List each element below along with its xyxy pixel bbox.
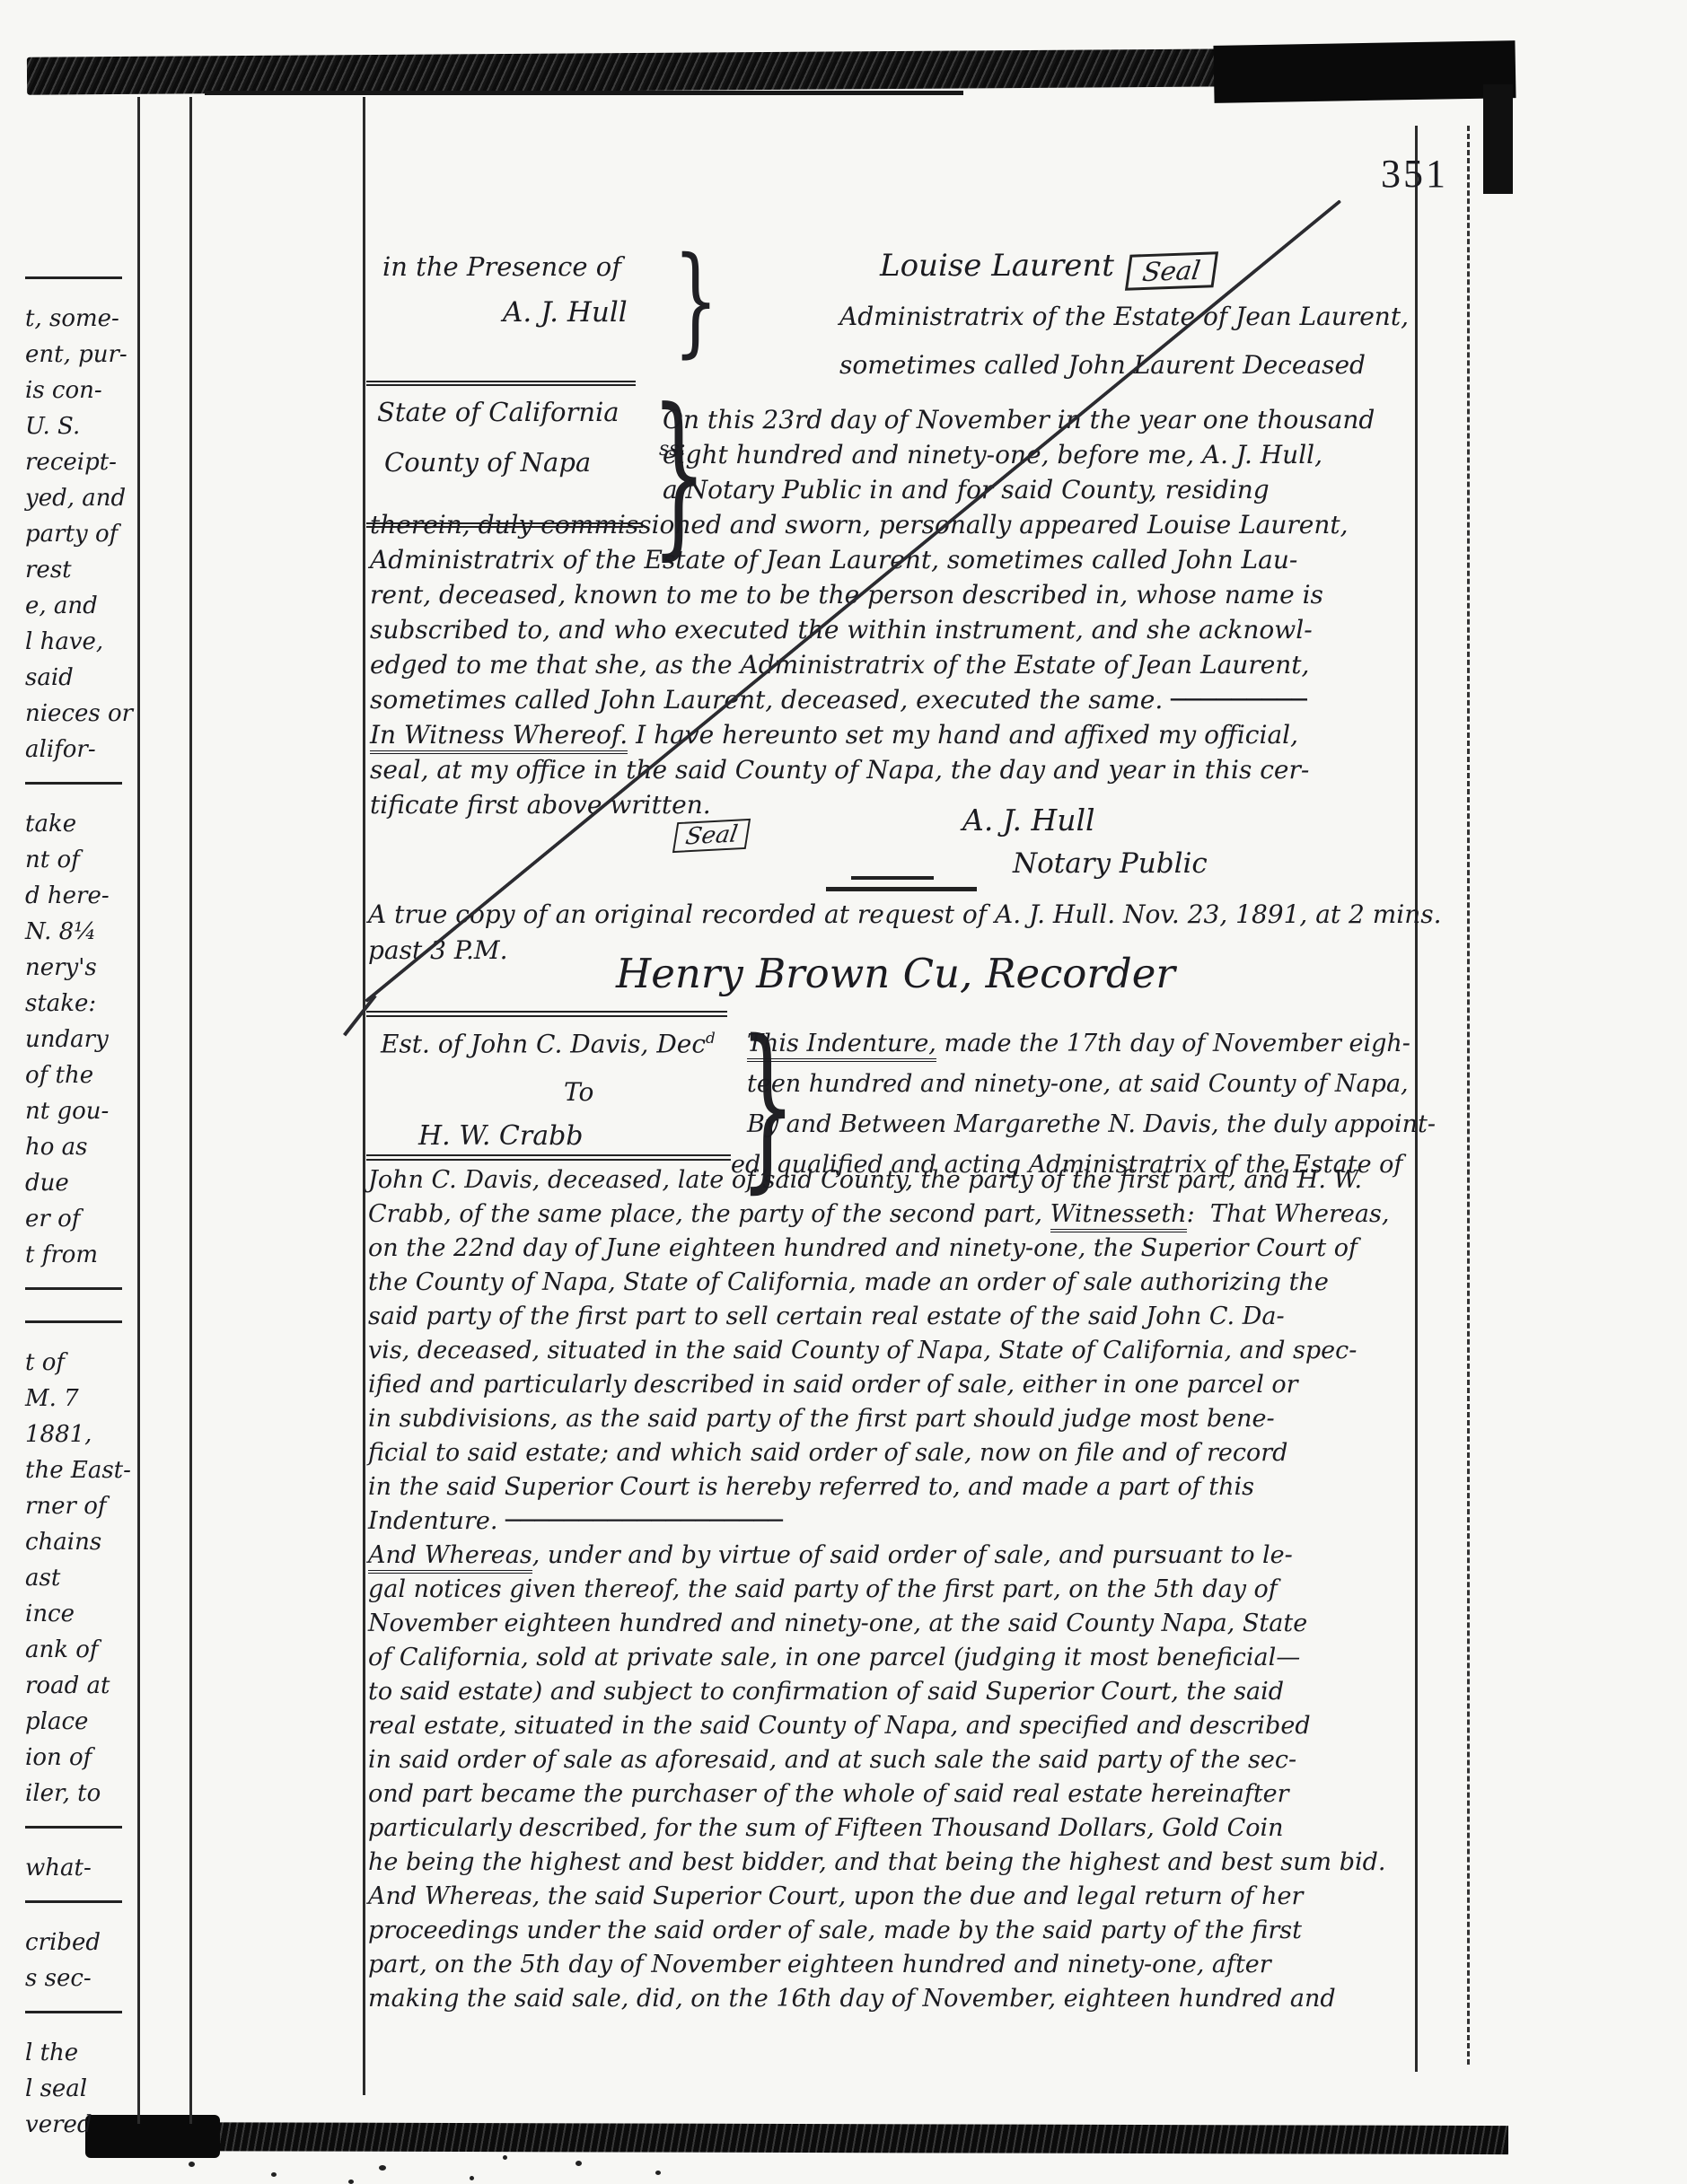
margin-note: ion of: [25, 1740, 144, 1776]
margin-note: s sec-: [25, 1960, 144, 1996]
scan-speck: [655, 2171, 661, 2175]
scan-speck: [470, 2176, 474, 2180]
manuscript-line: in said order of sale as aforesaid, and …: [368, 1743, 1411, 1777]
margin-note: er of: [25, 1201, 144, 1237]
margin-note: yed, and: [25, 480, 144, 516]
manuscript-line: real estate, situated in the said County…: [368, 1709, 1411, 1743]
margin-note-text: N. 8¼: [25, 918, 96, 945]
manuscript-line: ified and particularly described in said…: [368, 1368, 1411, 1402]
margin-note-text: road at: [25, 1672, 110, 1699]
margin-note-text: the East-: [25, 1457, 131, 1484]
manuscript-line: making the said sale, did, on the 16th d…: [368, 1982, 1411, 2016]
scan-speck: [189, 2162, 195, 2167]
recording-certification-line1: A true copy of an original recorded at r…: [368, 899, 1442, 929]
margin-note-text: nieces or: [25, 700, 133, 727]
manuscript-line: part, on the 5th day of November eightee…: [368, 1948, 1411, 1982]
acknowledgment-body: On this 23rd day of November in the year…: [370, 402, 1413, 822]
margin-note: said: [25, 660, 144, 696]
margin-note-text: nery's: [25, 954, 97, 981]
page-number: 351: [1381, 151, 1448, 197]
margin-note-text: U. S.: [25, 413, 80, 440]
margin-note-text: take: [25, 811, 76, 838]
manuscript-line: subscribed to, and who executed the with…: [370, 612, 1413, 647]
margin-note: [25, 2011, 122, 2030]
manuscript-line: Indenture. ───────────────────: [368, 1504, 1411, 1539]
margin-note-text: cribed: [25, 1929, 101, 1956]
margin-note-text: ank of: [25, 1636, 99, 1663]
margin-note-text: due: [25, 1170, 69, 1197]
indenture-body: John C. Davis, deceased, late of said Co…: [368, 1163, 1411, 2016]
margin-note: M. 7: [25, 1381, 144, 1417]
margin-notes-column: t, some-ent, pur-is con-U. S.receipt-yed…: [25, 262, 144, 2143]
caption-party1-superscript: d: [706, 1029, 716, 1047]
manuscript-line: ficial to said estate; and which said or…: [368, 1436, 1411, 1470]
margin-note: [25, 1320, 122, 1339]
margin-note: ast: [25, 1560, 144, 1596]
margin-note-text: ast: [25, 1565, 60, 1592]
margin-note: l seal: [25, 2071, 144, 2107]
margin-note: d here-: [25, 878, 144, 914]
manuscript-line: In Witness Whereof. I have hereunto set …: [370, 717, 1413, 752]
signature-louise-laurent: Louise Laurent: [880, 248, 1114, 284]
manuscript-line: eight hundred and ninety-one, before me,…: [370, 437, 1413, 472]
manuscript-line: he being the highest and best bidder, an…: [368, 1846, 1411, 1880]
witness-presence-line: in the Presence of: [382, 251, 621, 282]
margin-rule-left-2: [189, 97, 192, 2124]
manuscript-line: particularly described, for the sum of F…: [368, 1811, 1411, 1846]
margin-note: chains: [25, 1524, 144, 1560]
margin-note-text: l seal: [25, 2075, 87, 2102]
margin-note: ent, pur-: [25, 337, 144, 373]
scan-speck: [348, 2180, 354, 2184]
margin-note: undary: [25, 1022, 144, 1057]
manuscript-line: gal notices given thereof, the said part…: [368, 1573, 1411, 1607]
signature-title-line1: Administratrix of the Estate of Jean Lau…: [839, 302, 1409, 331]
notary-seal-box: Seal: [672, 819, 751, 853]
caption-party1: Est. of John C. Davis, Decd: [381, 1029, 716, 1058]
manuscript-line: November eighteen hundred and ninety-one…: [368, 1607, 1411, 1641]
margin-note: rest: [25, 552, 144, 588]
caption-box-bottom-rule: [366, 1154, 731, 1161]
margin-note: [25, 1900, 122, 1919]
notary-signature: A. J. Hull: [962, 803, 1095, 838]
manuscript-line: to said estate) and subject to confirmat…: [368, 1675, 1411, 1709]
witness-signature: A. J. Hull: [503, 296, 628, 329]
margin-note-text: party of: [25, 521, 118, 548]
manuscript-line: And Whereas, under and by virtue of said…: [368, 1539, 1411, 1573]
margin-note: what-: [25, 1850, 144, 1886]
margin-rule-right-dashed: [1467, 126, 1470, 2065]
margin-note: [25, 782, 122, 801]
margin-note: U. S.: [25, 408, 144, 444]
margin-note-text: of the: [25, 1062, 93, 1089]
margin-note-text: nt of: [25, 846, 80, 873]
margin-note-text: t from: [25, 1241, 98, 1268]
margin-note: of the: [25, 1057, 144, 1093]
margin-note-text: d here-: [25, 882, 110, 909]
text-area-rule-left: [363, 97, 365, 2095]
margin-note: is con-: [25, 373, 144, 408]
margin-note: e, and: [25, 588, 144, 624]
manuscript-line: in subdivisions, as the said party of th…: [368, 1402, 1411, 1436]
margin-note: nt gou-: [25, 1093, 144, 1129]
margin-note-text: s sec-: [25, 1965, 92, 1992]
manuscript-line: This Indenture, made the 17th day of Nov…: [747, 1023, 1436, 1064]
manuscript-line: tificate first above written.: [370, 787, 1413, 822]
margin-note: l the: [25, 2035, 144, 2071]
margin-note: cribed: [25, 1925, 144, 1960]
margin-note: t from: [25, 1237, 144, 1273]
margin-note-text: ince: [25, 1601, 75, 1627]
margin-note-text: l have,: [25, 628, 103, 655]
manuscript-line: John C. Davis, deceased, late of said Co…: [368, 1163, 1411, 1197]
margin-note-text: rest: [25, 557, 72, 583]
margin-note-text: er of: [25, 1206, 80, 1232]
margin-note: vered: [25, 2107, 144, 2143]
venue-box-top-rule: [366, 381, 636, 386]
caption-to: To: [564, 1077, 593, 1107]
manuscript-line: vis, deceased, situated in the said Coun…: [368, 1334, 1411, 1368]
witness-brace: }: [673, 232, 718, 370]
manuscript-line: therein, duly commissioned and sworn, pe…: [370, 507, 1413, 542]
margin-note-text: place: [25, 1708, 88, 1735]
margin-note: alifor-: [25, 732, 144, 767]
scan-band-top-underline: [205, 91, 963, 95]
scan-band-top-right-blob: [1213, 40, 1516, 103]
margin-note-text: nt gou-: [25, 1098, 109, 1125]
manuscript-line: rent, deceased, known to me to be the pe…: [370, 577, 1413, 612]
margin-note-text: e, and: [25, 592, 98, 619]
manuscript-line: the County of Napa, State of California,…: [368, 1266, 1411, 1300]
margin-note: iler, to: [25, 1776, 144, 1811]
margin-note: rner of: [25, 1488, 144, 1524]
margin-note: ince: [25, 1596, 144, 1632]
scan-binding-band-bottom: [85, 2122, 1508, 2154]
record-book-page: 351 t, some-ent, pur-is con-U. S.receipt…: [0, 0, 1687, 2184]
margin-note-text: ion of: [25, 1744, 92, 1771]
notary-title: Notary Public: [1013, 847, 1208, 880]
margin-note-text: what-: [25, 1855, 92, 1881]
margin-note-text: vered: [25, 2111, 92, 2138]
manuscript-line: Crabb, of the same place, the party of t…: [368, 1197, 1411, 1232]
margin-note: due: [25, 1165, 144, 1201]
margin-note-text: said: [25, 664, 74, 691]
margin-note-text: t, some-: [25, 305, 119, 332]
scan-speck: [379, 2165, 386, 2171]
margin-note: take: [25, 806, 144, 842]
margin-note: l have,: [25, 624, 144, 660]
margin-note-text: ent, pur-: [25, 341, 127, 368]
margin-note: stake:: [25, 986, 144, 1022]
margin-note-text: t of: [25, 1349, 65, 1376]
manuscript-line: Administratrix of the Estate of Jean Lau…: [370, 542, 1413, 577]
manuscript-line: sometimes called John Laurent, deceased,…: [370, 682, 1413, 717]
margin-note-text: alifor-: [25, 736, 96, 763]
caption-box-top-rule: [366, 1011, 727, 1017]
margin-note-text: undary: [25, 1026, 109, 1053]
caption-party2: H. W. Crabb: [418, 1120, 584, 1152]
margin-note: nery's: [25, 950, 144, 986]
section-divider: [851, 876, 934, 880]
margin-note-text: is con-: [25, 377, 102, 404]
margin-note-text: ho as: [25, 1134, 88, 1161]
manuscript-line: proceedings under the said order of sale…: [368, 1914, 1411, 1948]
margin-note: ank of: [25, 1632, 144, 1668]
margin-note: the East-: [25, 1452, 144, 1488]
section-divider: [826, 887, 977, 891]
manuscript-line: edged to me that she, as the Administrat…: [370, 647, 1413, 682]
manuscript-line: And Whereas, the said Superior Court, up…: [368, 1880, 1411, 1914]
seal-box: Seal: [1125, 251, 1218, 290]
margin-note-text: chains: [25, 1529, 101, 1556]
margin-note: [25, 1287, 122, 1306]
margin-note: road at: [25, 1668, 144, 1704]
margin-note-text: iler, to: [25, 1780, 101, 1807]
margin-note: N. 8¼: [25, 914, 144, 950]
manuscript-line: said party of the first part to sell cer…: [368, 1300, 1411, 1334]
margin-note: ho as: [25, 1129, 144, 1165]
margin-note: [25, 1826, 122, 1845]
manuscript-line: on the 22nd day of June eighteen hundred…: [368, 1232, 1411, 1266]
margin-note: party of: [25, 516, 144, 552]
recorder-signature: Henry Brown Cu, Recorder: [616, 950, 1175, 997]
manuscript-line: ond part became the purchaser of the who…: [368, 1777, 1411, 1811]
margin-note: 1881,: [25, 1417, 144, 1452]
manuscript-line: On this 23rd day of November in the year…: [370, 402, 1413, 437]
signature-title-line2: sometimes called John Laurent Deceased: [839, 350, 1366, 380]
margin-note: [25, 276, 122, 295]
margin-note: nieces or: [25, 696, 144, 732]
manuscript-line: in the said Superior Court is hereby ref…: [368, 1470, 1411, 1504]
scan-speck: [576, 2161, 582, 2166]
manuscript-line: a Notary Public in and for said County, …: [370, 472, 1413, 507]
margin-note: t of: [25, 1345, 144, 1381]
margin-note-text: yed, and: [25, 485, 126, 512]
scan-corner-bar: [1483, 84, 1513, 194]
manuscript-line: teen hundred and ninety-one, at said Cou…: [747, 1064, 1436, 1104]
margin-note-text: stake:: [25, 990, 96, 1017]
scan-speck: [271, 2172, 277, 2177]
margin-note-text: l the: [25, 2039, 78, 2066]
margin-note-text: rner of: [25, 1493, 107, 1520]
manuscript-line: of California, sold at private sale, in …: [368, 1641, 1411, 1675]
margin-note: place: [25, 1704, 144, 1740]
scan-speck: [503, 2155, 507, 2160]
manuscript-line: By and Between Margarethe N. Davis, the …: [747, 1104, 1436, 1145]
margin-note: t, some-: [25, 301, 144, 337]
manuscript-line: seal, at my office in the said County of…: [370, 752, 1413, 787]
indenture-opening: This Indenture, made the 17th day of Nov…: [747, 1023, 1436, 1185]
margin-note-text: M. 7: [25, 1385, 79, 1412]
margin-note-text: receipt-: [25, 449, 117, 476]
margin-note: receipt-: [25, 444, 144, 480]
margin-note-text: 1881,: [25, 1421, 92, 1448]
margin-note: nt of: [25, 842, 144, 878]
